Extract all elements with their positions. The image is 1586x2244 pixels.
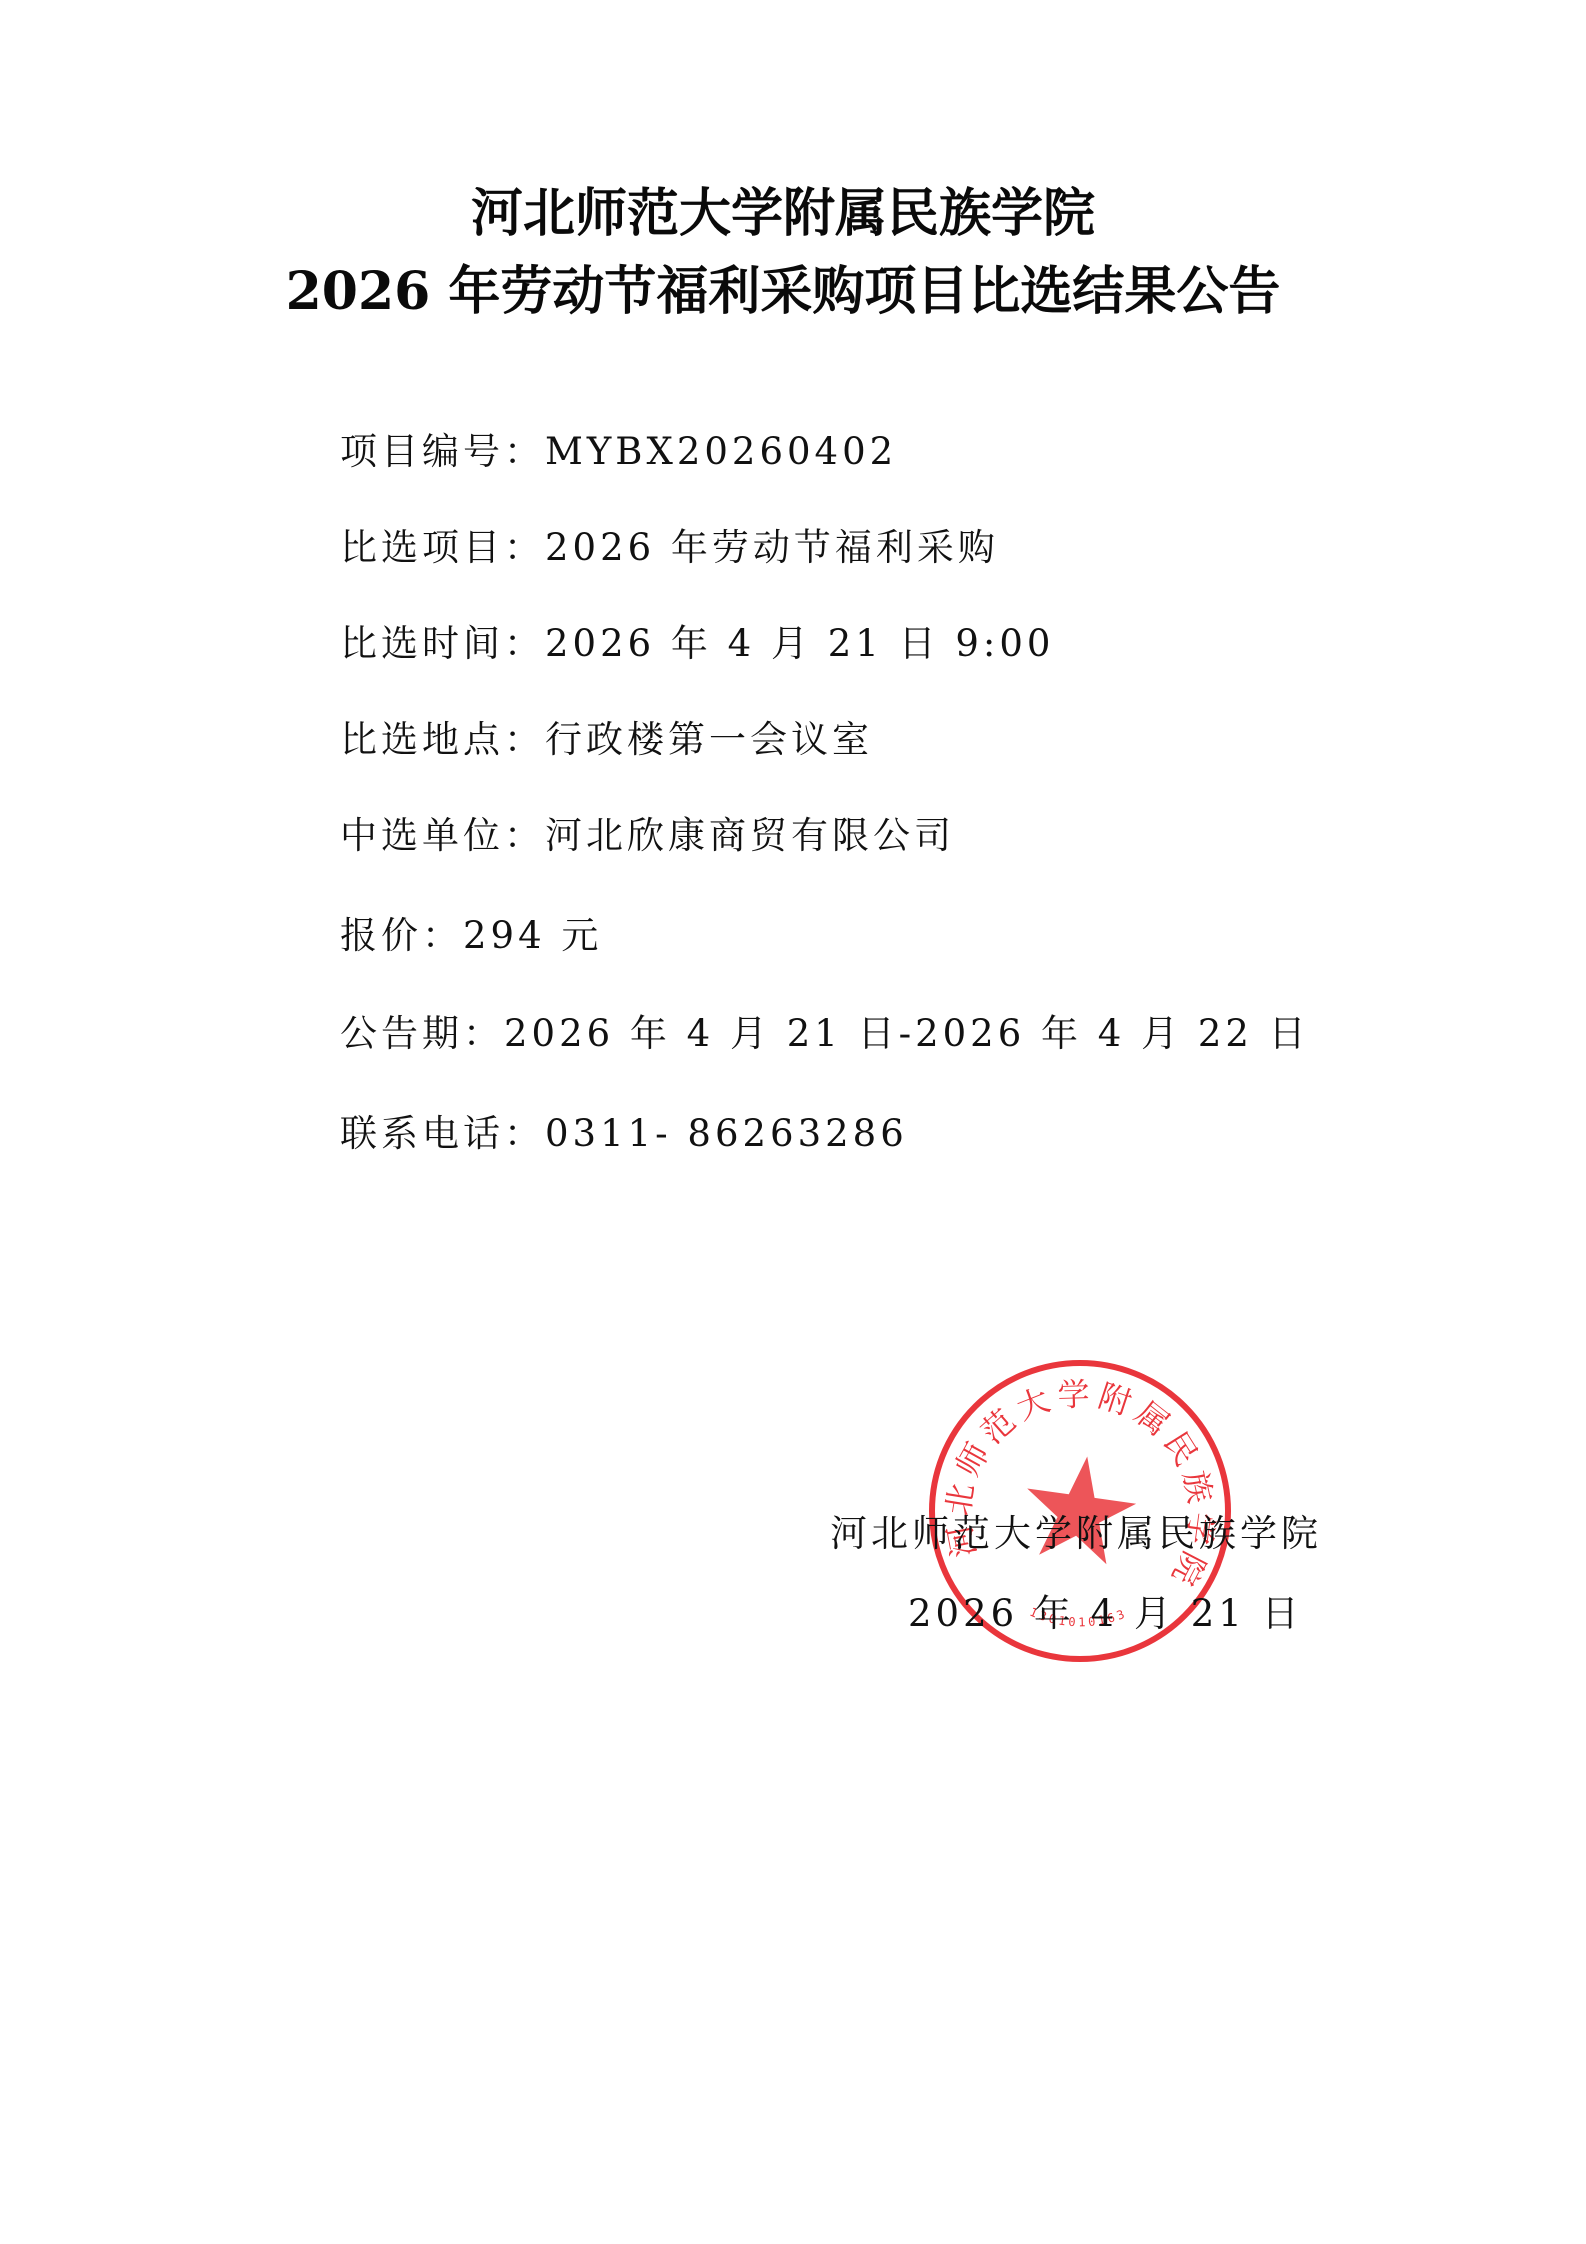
field-separator: ：	[463, 1012, 504, 1055]
field-project-number: 项目编号：MYBX20260402	[340, 430, 897, 474]
field-separator: ：	[504, 622, 545, 665]
field-label: 比选时间	[340, 622, 504, 665]
field-label: 比选地点	[340, 718, 504, 761]
field-label: 报价	[340, 914, 422, 957]
field-label: 比选项目	[340, 526, 504, 569]
field-value: 河北欣康商贸有限公司	[545, 814, 955, 857]
field-selection-location: 比选地点：行政楼第一会议室	[340, 718, 873, 762]
field-contact-phone: 联系电话：0311- 86263286	[340, 1112, 908, 1156]
signature-date: 2026 年 4 月 21 日	[908, 1592, 1303, 1636]
field-separator: ：	[422, 914, 463, 957]
field-project-name: 比选项目：2026 年劳动节福利采购	[340, 526, 999, 570]
document-title-org: 河北师范大学附属民族学院	[0, 182, 1576, 246]
field-label: 中选单位	[340, 814, 504, 857]
field-selection-time: 比选时间：2026 年 4 月 21 日 9:00	[340, 622, 1054, 666]
signature-organization: 河北师范大学附属民族学院	[830, 1512, 1322, 1556]
field-value: 行政楼第一会议室	[545, 718, 873, 761]
field-value: MYBX20260402	[545, 430, 897, 473]
field-label: 项目编号	[340, 430, 504, 473]
field-notice-period: 公告期：2026 年 4 月 21 日-2026 年 4 月 22 日	[340, 1012, 1310, 1056]
field-separator: ：	[504, 1112, 545, 1155]
field-value: 2026 年劳动节福利采购	[545, 526, 999, 569]
field-value: 2026 年 4 月 21 日 9:00	[545, 622, 1054, 665]
field-value: 2026 年 4 月 21 日-2026 年 4 月 22 日	[504, 1012, 1310, 1055]
field-quoted-price: 报价：294 元	[340, 914, 602, 958]
field-label: 联系电话	[340, 1112, 504, 1155]
document-title-notice: 2026 年劳动节福利采购项目比选结果公告	[0, 260, 1576, 324]
field-value: 294 元	[463, 914, 602, 957]
field-separator: ：	[504, 430, 545, 473]
field-separator: ：	[504, 718, 545, 761]
field-separator: ：	[504, 814, 545, 857]
field-separator: ：	[504, 526, 545, 569]
field-winning-company: 中选单位：河北欣康商贸有限公司	[340, 814, 955, 858]
document-page: 河北师范大学附属民族学院 2026 年劳动节福利采购项目比选结果公告 项目编号：…	[0, 0, 1586, 2244]
field-value: 0311- 86263286	[545, 1112, 908, 1155]
field-label: 公告期	[340, 1012, 463, 1055]
